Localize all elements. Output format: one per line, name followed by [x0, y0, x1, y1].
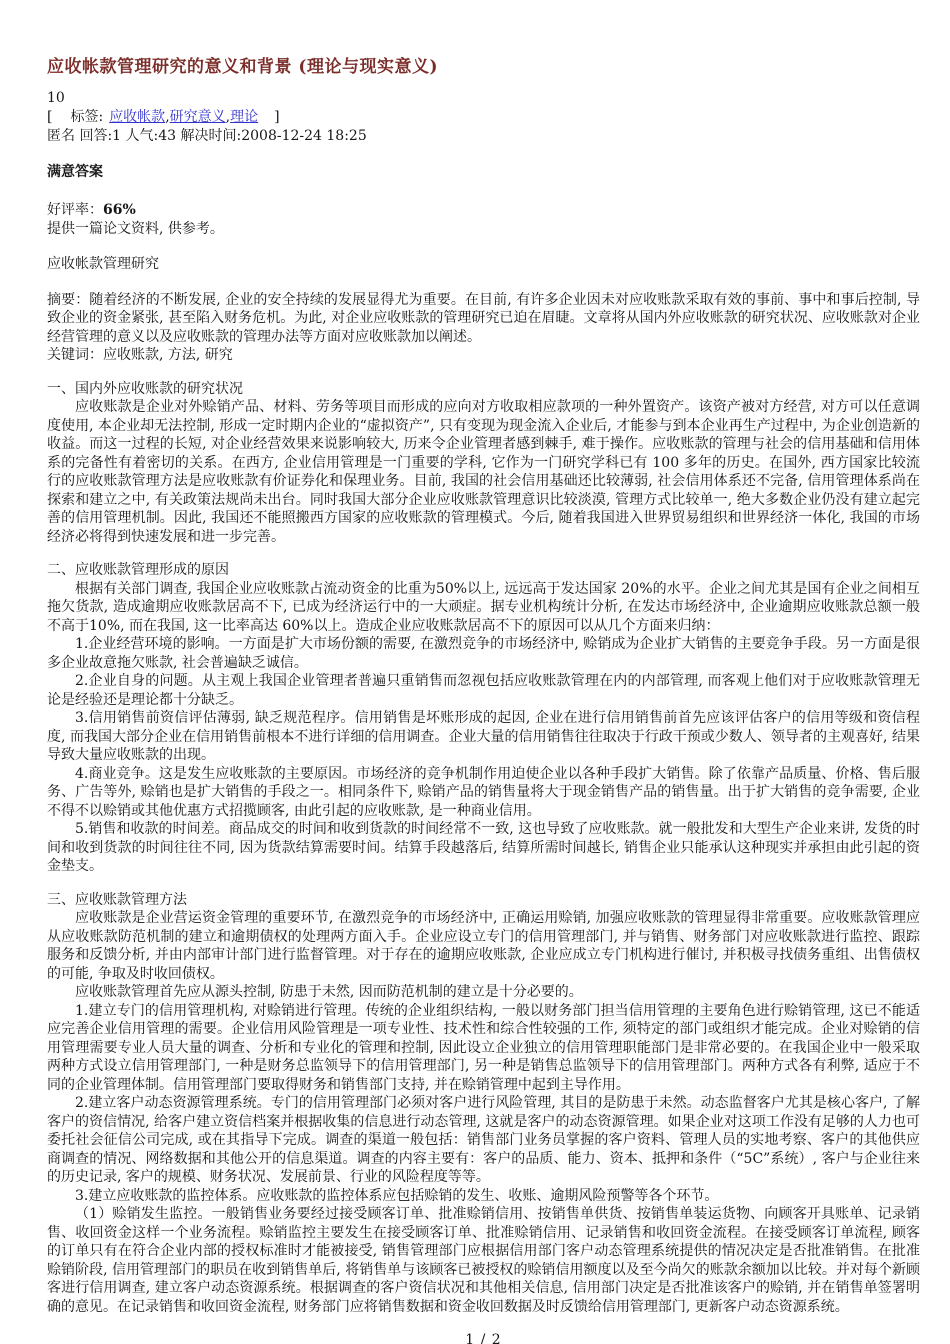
section-3-paragraph-1: 应收账款是企业营运资金管理的重要环节, 在激烈竞争的市场经济中, 正确运用赊销,… — [47, 909, 920, 983]
section-1: 一、国内外应收账款的研究状况 应收账款是企业对外赊销产品、材料、劳务等项目而形成… — [47, 380, 920, 547]
tag-link-theory[interactable]: 理论 — [230, 109, 258, 125]
rating-label: 好评率： — [47, 202, 103, 218]
section-3-item-2: 2.建立客户动态资源管理系统。专门的信用管理部门必须对客户进行风险管理, 其目的… — [47, 1094, 920, 1187]
section-2-item-2: 2.企业自身的问题。从主观上我国企业管理者普遍只重销售而忽视包括应收账款管理在内… — [47, 672, 920, 709]
rating-line: 好评率：66% — [47, 201, 920, 220]
section-1-heading: 一、国内外应收账款的研究状况 — [47, 380, 920, 399]
section-2-item-3: 3.信用销售前资信评估薄弱, 缺乏规范程序。信用销售是坏账形成的起因, 企业在进… — [47, 709, 920, 765]
section-3-item-3: 3.建立应收账款的监控体系。应收账款的监控体系应包括赊销的发生、收账、逾期风险预… — [47, 1187, 920, 1206]
document-page: 应收帐款管理研究的意义和背景 (理论与现实意义) 10 [标签:应收帐款,研究意… — [0, 0, 950, 1344]
tag-line: [标签:应收帐款,研究意义,理论] — [47, 108, 920, 127]
tag-link-research-significance[interactable]: 研究意义 — [170, 109, 226, 125]
section-3: 三、应收账款管理方法 应收账款是企业营运资金管理的重要环节, 在激烈竞争的市场经… — [47, 891, 920, 1317]
tag-bracket-open: [ — [47, 109, 52, 125]
rating-value: 66% — [103, 202, 136, 218]
section-1-paragraph: 应收账款是企业对外赊销产品、材料、劳务等项目而形成的应向对方收取相应款项的一种外… — [47, 398, 920, 546]
section-2-item-5: 5.销售和收款的时间差。商品成交的时间和收到货款的时间经常不一致, 这也导致了应… — [47, 820, 920, 876]
essay-abstract: 摘要：随着经济的不断发展, 企业的安全持续的发展显得尤为重要。在目前, 有许多企… — [47, 291, 920, 347]
page-number: 1 / 2 — [47, 1331, 920, 1344]
essay-keywords: 关键词：应收账款, 方法, 研究 — [47, 346, 920, 365]
answer-section-title: 满意答案 — [47, 163, 920, 182]
tag-link-accounts-receivable[interactable]: 应收帐款 — [109, 109, 165, 125]
section-2-item-1: 1.企业经营环境的影响。一方面是扩大市场份额的需要, 在激烈竞争的市场经济中, … — [47, 635, 920, 672]
question-title: 应收帐款管理研究的意义和背景 (理论与现实意义) — [47, 56, 920, 78]
tags-label: 标签: — [70, 109, 103, 125]
question-meta: 匿名 回答:1 人气:43 解决时间:2008-12-24 18:25 — [47, 127, 920, 146]
section-2-paragraph: 根据有关部门调查, 我国企业应收账款占流动资金的比重为50%以上, 远远高于发达… — [47, 580, 920, 636]
section-2-heading: 二、应收账款管理形成的原因 — [47, 561, 920, 580]
section-2-item-4: 4.商业竞争。这是发生应收账款的主要原因。市场经济的竞争机制作用迫使企业以各种手… — [47, 765, 920, 821]
question-score: 10 — [47, 89, 920, 108]
section-3-item-1: 1.建立专门的信用管理机构, 对赊销进行管理。传统的企业组织结构, 一般以财务部… — [47, 1002, 920, 1095]
section-3-heading: 三、应收账款管理方法 — [47, 891, 920, 910]
section-3-paragraph-2: 应收账款管理首先应从源头控制, 防患于未然, 因而防范机制的建立是十分必要的。 — [47, 983, 920, 1002]
answer-note: 提供一篇论文资料, 供参考。 — [47, 220, 920, 239]
section-3-item-3-sub-1: （1）赊销发生监控。一般销售业务要经过接受顾客订单、批准赊销信用、按销售单供货、… — [47, 1205, 920, 1316]
tag-bracket-close: ] — [274, 109, 279, 125]
essay-title: 应收帐款管理研究 — [47, 255, 920, 274]
section-2: 二、应收账款管理形成的原因 根据有关部门调查, 我国企业应收账款占流动资金的比重… — [47, 561, 920, 876]
